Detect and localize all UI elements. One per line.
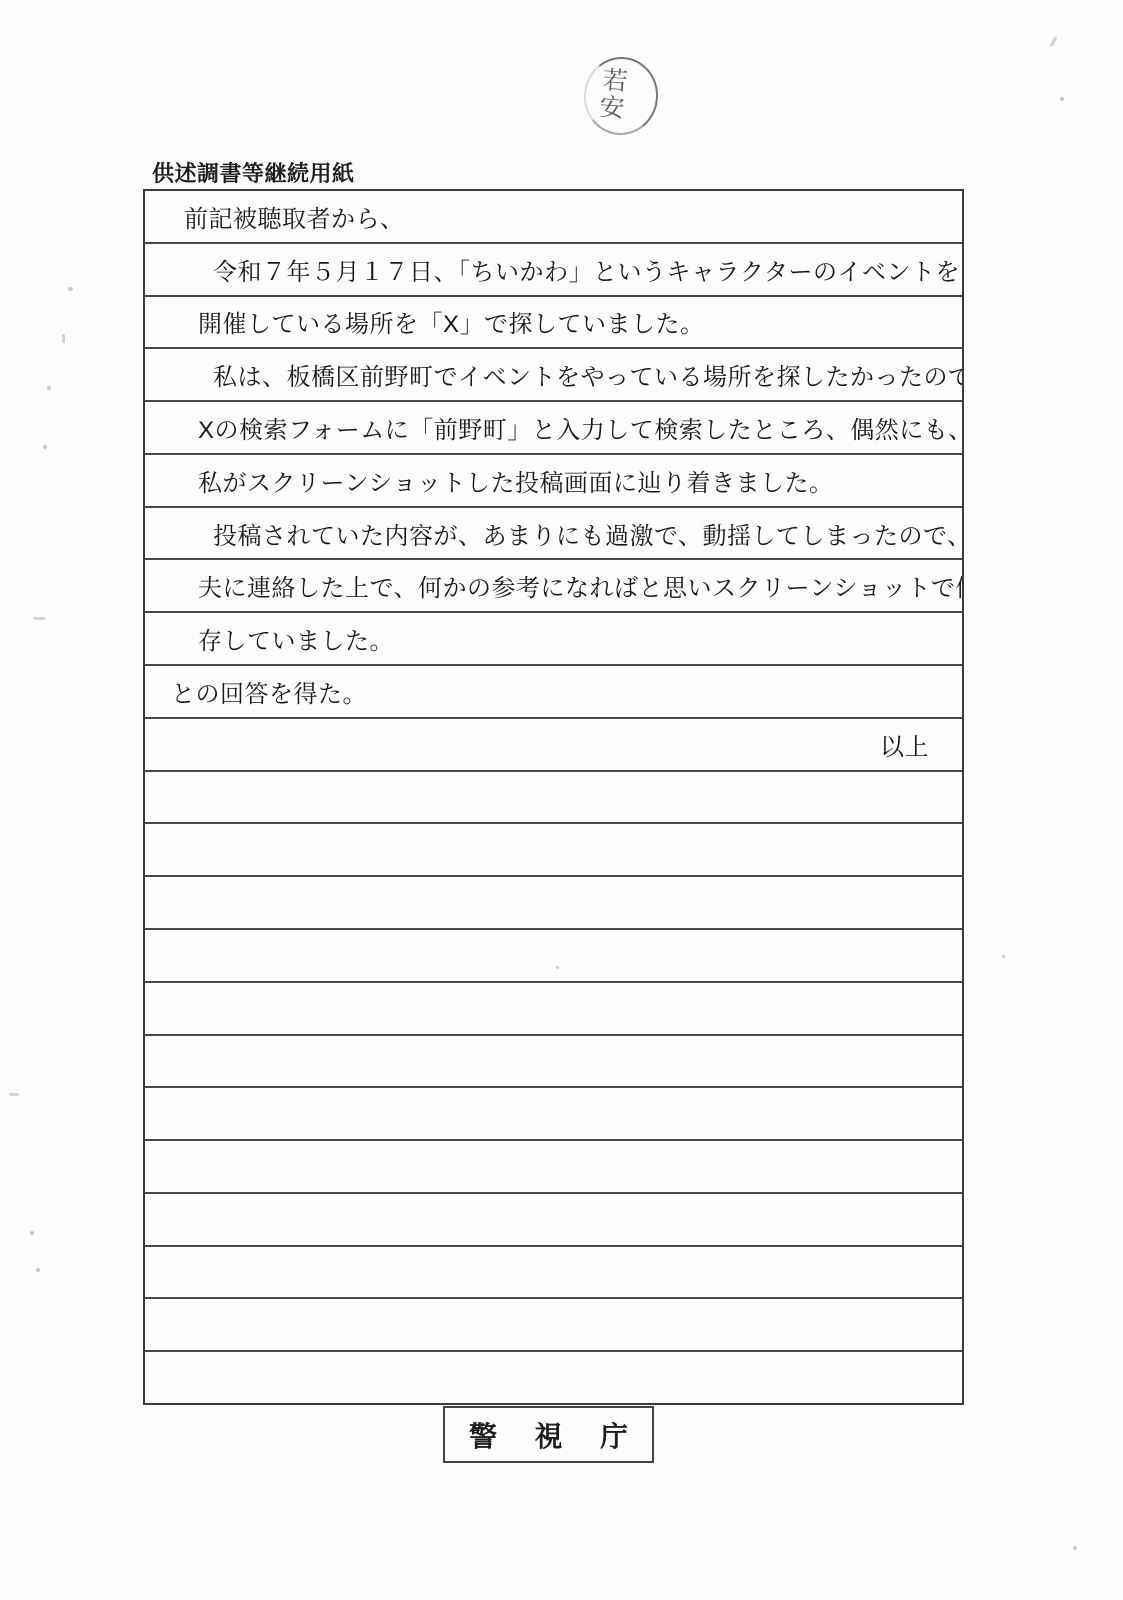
scan-artifact <box>68 287 73 291</box>
statement-text: 夫に連絡した上で、何かの参考になればと思いスクリーンショットで保 <box>145 568 962 603</box>
scan-artifact <box>47 386 51 390</box>
statement-text: 存していました。 <box>145 621 394 656</box>
agency-char: 庁 <box>600 1415 628 1455</box>
statement-row: 存していました。 <box>145 613 962 666</box>
statement-row-empty <box>145 1299 962 1352</box>
statement-row: 私がスクリーンショットした投稿画面に辿り着きました。 <box>145 455 962 508</box>
statement-row-empty <box>145 877 962 930</box>
agency-char: 視 <box>534 1415 562 1455</box>
scan-artifact <box>1002 955 1005 958</box>
statement-row-empty <box>145 1088 962 1141</box>
statement-text: Xの検索フォームに「前野町」と入力して検索したところ、偶然にも、 <box>145 410 962 445</box>
agency-box: 警 視 庁 <box>443 1406 654 1463</box>
statement-row-closing: 以上 <box>145 719 962 772</box>
statement-row: 前記被聴取者から、 <box>145 191 962 244</box>
agency-char: 警 <box>469 1415 497 1455</box>
statement-row: Xの検索フォームに「前野町」と入力して検索したところ、偶然にも、 <box>145 402 962 455</box>
statement-row-empty <box>145 930 962 983</box>
scan-artifact <box>33 617 45 620</box>
scan-artifact <box>1060 97 1064 101</box>
statement-text: 開催している場所を「X」で探していました。 <box>145 304 705 339</box>
statement-row: 私は、板橋区前野町でイベントをやっている場所を探したかったので、 <box>145 349 962 402</box>
scanned-statement-page: 若 安 供述調書等継続用紙 前記被聴取者から、 令和７年５月１７日、「ちいかわ」… <box>0 0 1123 1600</box>
scan-artifact <box>30 1231 34 1235</box>
statement-row: との回答を得た。 <box>145 666 962 719</box>
statement-text: との回答を得た。 <box>145 674 367 709</box>
statement-row: 夫に連絡した上で、何かの参考になればと思いスクリーンショットで保 <box>145 560 962 613</box>
sheet-title: 供述調書等継続用紙 <box>152 157 355 188</box>
seal-stamp-char: 若 <box>602 67 629 96</box>
statement-text: 私は、板橋区前野町でイベントをやっている場所を探したかったので、 <box>145 357 962 392</box>
scan-artifact <box>1073 1546 1077 1550</box>
scan-artifact <box>43 445 47 449</box>
seal-stamp-char: 安 <box>599 94 626 123</box>
statement-row-empty <box>145 1141 962 1194</box>
statement-table: 前記被聴取者から、 令和７年５月１７日、「ちいかわ」というキャラクターのイベント… <box>143 189 964 1405</box>
statement-row-empty <box>145 1194 962 1247</box>
statement-row: 開催している場所を「X」で探していました。 <box>145 297 962 350</box>
statement-row-empty <box>145 1352 962 1403</box>
scan-artifact <box>9 1093 19 1096</box>
closing-label: 以上 <box>880 727 962 762</box>
scan-artifact <box>62 334 65 343</box>
scan-artifact <box>556 966 559 969</box>
statement-row-empty <box>145 1247 962 1300</box>
statement-row: 投稿されていた内容が、あまりにも過激で、動揺してしまったので、 <box>145 508 962 561</box>
statement-text: 前記被聴取者から、 <box>145 199 405 234</box>
statement-row-empty <box>145 1036 962 1089</box>
statement-text: 投稿されていた内容が、あまりにも過激で、動揺してしまったので、 <box>145 516 962 551</box>
statement-row-empty <box>145 983 962 1036</box>
statement-row: 令和７年５月１７日、「ちいかわ」というキャラクターのイベントを <box>145 244 962 297</box>
statement-text: 令和７年５月１７日、「ちいかわ」というキャラクターのイベントを <box>145 252 960 287</box>
statement-text: 私がスクリーンショットした投稿画面に辿り着きました。 <box>145 463 833 498</box>
statement-row-empty <box>145 824 962 877</box>
scan-artifact <box>36 1268 40 1272</box>
scan-artifact <box>1050 36 1058 47</box>
seal-stamp-icon: 若 安 <box>580 53 663 139</box>
statement-row-empty <box>145 772 962 825</box>
